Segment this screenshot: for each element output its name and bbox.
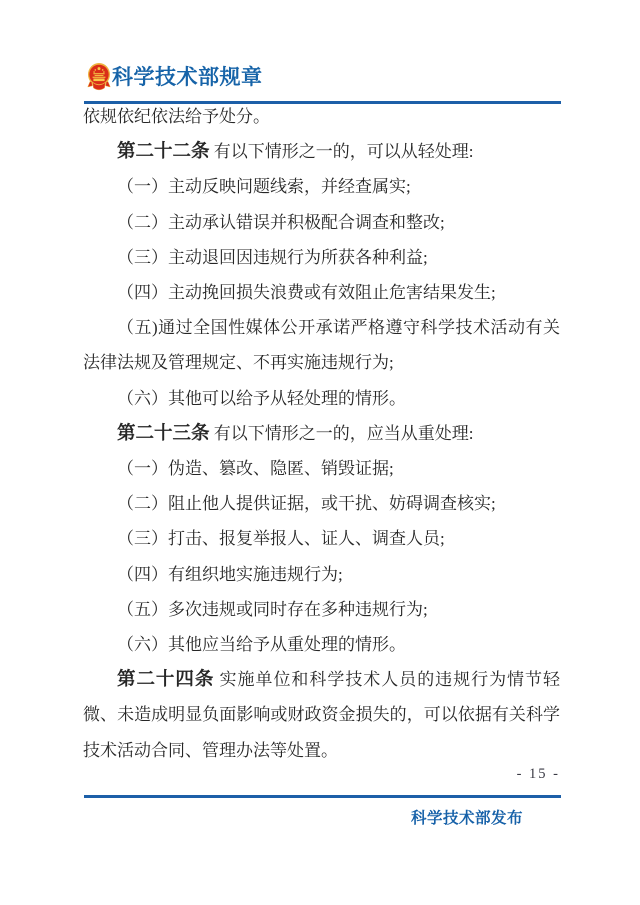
body-line: （三）主动退回因违规行为所获各种利益; [83,240,560,275]
body-line: （五)通过全国性媒体公开承诺严格遵守科学技术活动有关 [83,310,560,345]
body-line: 技术活动合同、管理办法等处置。 [83,733,560,768]
body-line-text: 依规依纪依法给予处分。 [83,107,270,126]
page-title: 科学技术部规章 [112,63,263,93]
publisher-label: 科学技术部发布 [411,806,523,828]
body-line-text: （六）其他应当给予从重处理的情形。 [117,635,406,654]
body-line-text: （六）其他可以给予从轻处理的情形。 [117,389,406,408]
national-emblem-icon [87,62,111,92]
body-line: （三）打击、报复举报人、证人、调查人员; [83,521,560,556]
page-number: - 15 - [517,766,560,783]
body-line: （五）多次违规或同时存在多种违规行为; [83,592,560,627]
footer-divider [84,795,561,798]
body-line-text: （四）有组织地实施违规行为; [117,565,343,584]
body-line: 第二十三条 有以下情形之一的，应当从重处理: [83,416,560,451]
body-line: 微、未造成明显负面影响或财政资金损失的，可以依据有关科学 [83,697,560,732]
body-line: （六）其他可以给予从轻处理的情形。 [83,381,560,416]
body-line-text: （一）伪造、篡改、隐匿、销毁证据; [117,459,394,478]
article-number: 第二十三条 [117,422,210,443]
body-line-text: （三）打击、报复举报人、证人、调查人员; [117,529,445,548]
body-line: 第二十四条 实施单位和科学技术人员的违规行为情节轻 [83,662,560,697]
body-line: （六）其他应当给予从重处理的情形。 [83,627,560,662]
body-line: （二）主动承认错误并积极配合调查和整改; [83,205,560,240]
body-line-text: （三）主动退回因违规行为所获各种利益; [117,248,428,267]
body-line: 第二十二条 有以下情形之一的，可以从轻处理: [83,134,560,169]
body-line: （一）主动反映问题线索，并经查属实; [83,169,560,204]
body-line-text: （一）主动反映问题线索，并经查属实; [117,177,411,196]
body-line-text: 法律法规及管理规定、不再实施违规行为; [83,353,394,372]
document-body: 依规依纪依法给予处分。 第二十二条 有以下情形之一的，可以从轻处理: （一）主动… [83,99,560,768]
body-line-text: 有以下情形之一的，应当从重处理: [210,424,474,443]
article-number: 第二十四条 [117,668,214,689]
body-line-text: 微、未造成明显负面影响或财政资金损失的，可以依据有关科学 [83,705,560,724]
article-number: 第二十二条 [117,140,210,161]
body-line-text: （二）主动承认错误并积极配合调查和整改; [117,213,445,232]
body-line-text: 技术活动合同、管理办法等处置。 [83,741,338,760]
body-line: （二）阻止他人提供证据，或干扰、妨碍调查核实; [83,486,560,521]
body-line: 法律法规及管理规定、不再实施违规行为; [83,345,560,380]
body-line: 依规依纪依法给予处分。 [83,99,560,134]
body-line-text: （五)通过全国性媒体公开承诺严格遵守科学技术活动有关 [117,318,560,337]
body-line-text: 有以下情形之一的，可以从轻处理: [210,142,474,161]
document-page: 科学技术部规章 依规依纪依法给予处分。 第二十二条 有以下情形之一的，可以从轻处… [0,0,640,905]
body-line-text: （四）主动挽回损失浪费或有效阻止危害结果发生; [117,283,496,302]
body-line: （四）主动挽回损失浪费或有效阻止危害结果发生; [83,275,560,310]
body-line-text: 实施单位和科学技术人员的违规行为情节轻 [214,670,560,689]
body-line-text: （五）多次违规或同时存在多种违规行为; [117,600,428,619]
body-line: （四）有组织地实施违规行为; [83,557,560,592]
body-line-text: （二）阻止他人提供证据，或干扰、妨碍调查核实; [117,494,496,513]
body-line: （一）伪造、篡改、隐匿、销毁证据; [83,451,560,486]
